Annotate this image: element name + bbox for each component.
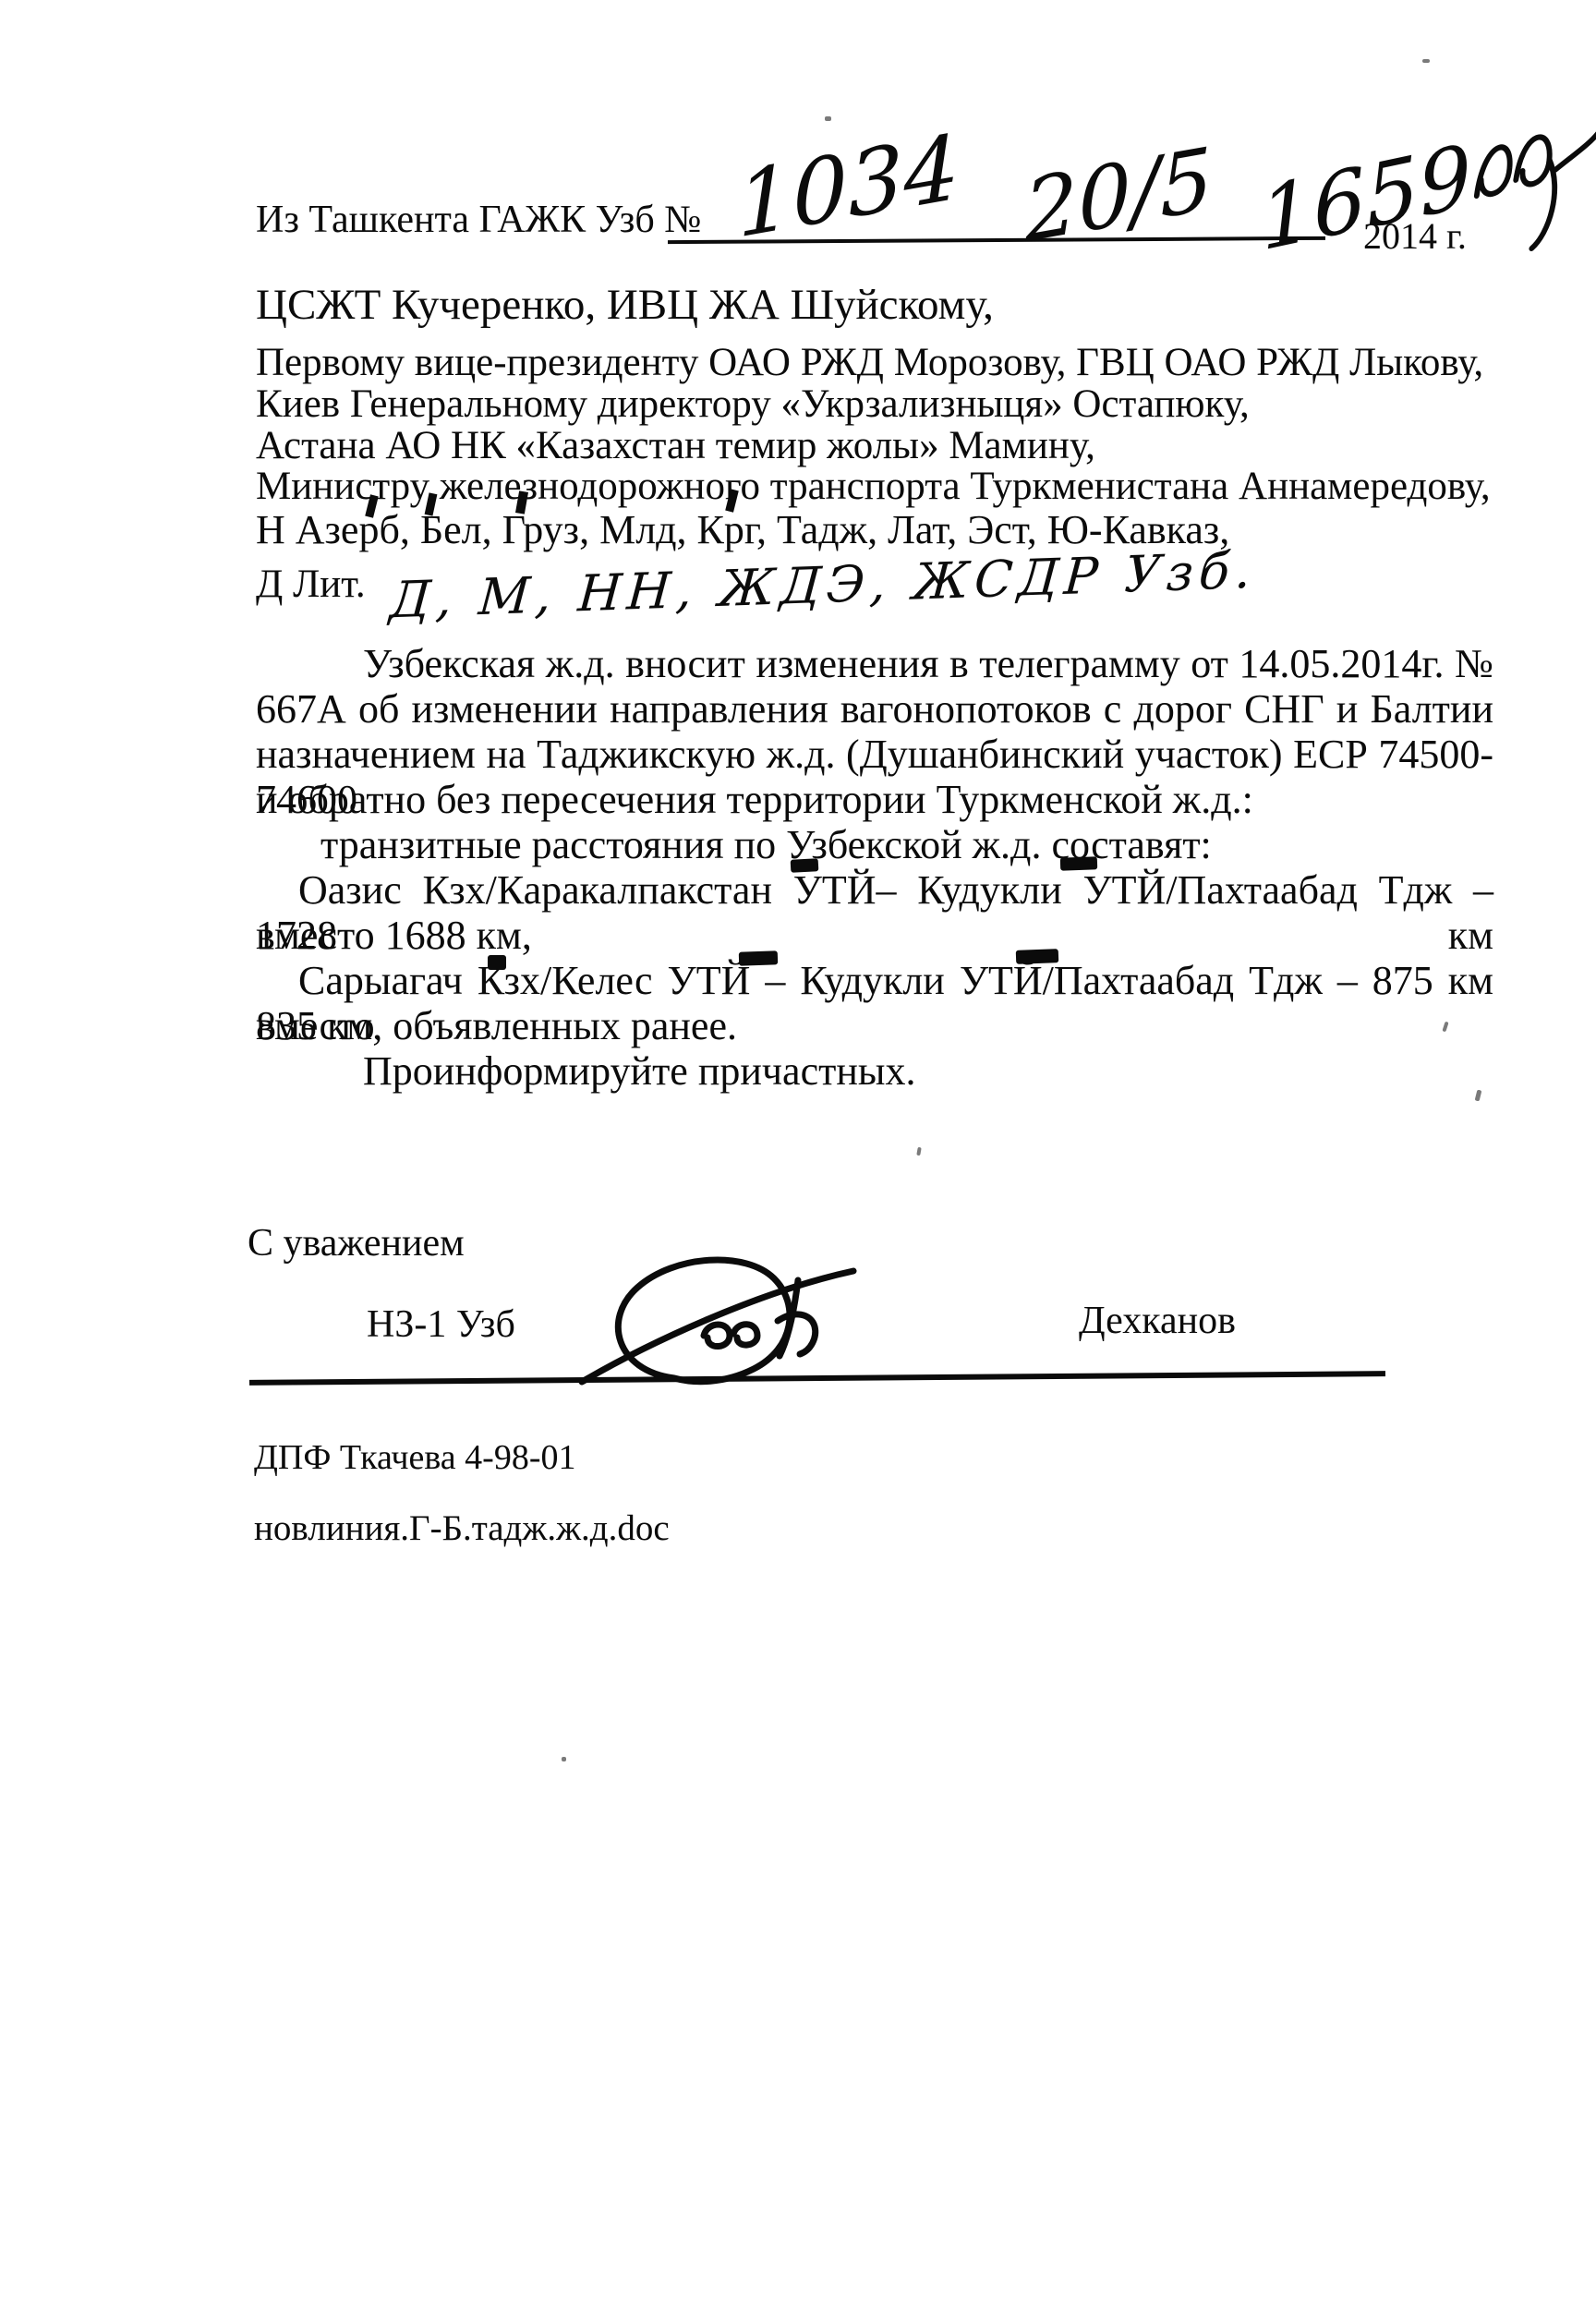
- scanned-telegram-page: Из Ташкента ГАЖК Узб № 1034 20/5 2014 г.…: [0, 0, 1596, 2324]
- body-line: 667А об изменении направления вагонопото…: [256, 686, 1493, 732]
- scan-speck: [916, 1147, 922, 1156]
- overprint-mark: [739, 950, 778, 965]
- handwritten-time: 1659: [1257, 98, 1596, 316]
- overprint-mark: [1016, 949, 1058, 964]
- body-line: назначением на Таджикскую ж.д. (Душанбин…: [256, 732, 1493, 777]
- executor-line: ДПФ Ткачева 4-98-01: [254, 1437, 575, 1478]
- signature-scribble: [565, 1247, 953, 1386]
- handwritten-number: 1034: [735, 115, 961, 258]
- overprint-mark: [488, 955, 506, 970]
- overprint-mark: [791, 858, 819, 873]
- handwritten-time-text: 1659: [1257, 126, 1476, 270]
- addressee-line: Астана АО НК «Казахстан темир жолы» Мами…: [256, 423, 1095, 468]
- body-line: транзитные расстояния по Узбекской ж.д. …: [256, 822, 1493, 867]
- signer-name: Дехканов: [1079, 1299, 1236, 1343]
- closing-salutation: С уважением: [248, 1221, 465, 1265]
- addressee-copies-line: Д Лит.Д, М, НН, ЖДЭ, ЖСДР Узб.: [256, 556, 1256, 614]
- origin-line: Из Ташкента ГАЖК Узб №: [256, 198, 701, 242]
- addressee-line: Киев Генеральному директору «Укрзализныц…: [256, 381, 1250, 427]
- copies-typed: Д Лит.: [256, 563, 366, 606]
- signer-position: НЗ-1 Узб: [367, 1302, 515, 1347]
- scan-speck: [825, 116, 831, 121]
- telegram-body: Узбекская ж.д. вносит изменения в телегр…: [256, 641, 1493, 1094]
- copies-handwritten: Д, М, НН, ЖДЭ, ЖСДР Узб.: [388, 541, 1258, 630]
- body-line: Оазис Кзх/Каракалпакстан УТЙ– Кудукли УТ…: [256, 867, 1493, 913]
- body-line: 835 км, объявленных ранее.: [256, 1003, 1493, 1048]
- body-line: и обратно без пересечения территории Тур…: [256, 777, 1493, 822]
- addressee-line: Первому вице-президенту ОАО РЖД Морозову…: [256, 340, 1483, 385]
- handwritten-flourish-icon: [1465, 103, 1596, 272]
- overprint-mark: [1060, 856, 1097, 870]
- addressee-line: Министру железнодорожного транспорта Тур…: [256, 464, 1491, 509]
- body-line: Сарыагач Кзх/Келес УТЙ – Кудукли УТЙ/Пах…: [256, 958, 1493, 1003]
- scan-speck: [1422, 59, 1430, 63]
- scan-speck: [562, 1757, 566, 1761]
- body-line: Узбекская ж.д. вносит изменения в телегр…: [256, 641, 1493, 686]
- filename-line: новлиния.Г-Б.тадж.ж.д.doc: [254, 1507, 670, 1549]
- body-line: Проинформируйте причастных.: [256, 1048, 1493, 1094]
- addressee-line: ЦСЖТ Кучеренко, ИВЦ ЖА Шуйскому,: [256, 280, 994, 330]
- handwritten-date: 20/5: [1023, 129, 1215, 262]
